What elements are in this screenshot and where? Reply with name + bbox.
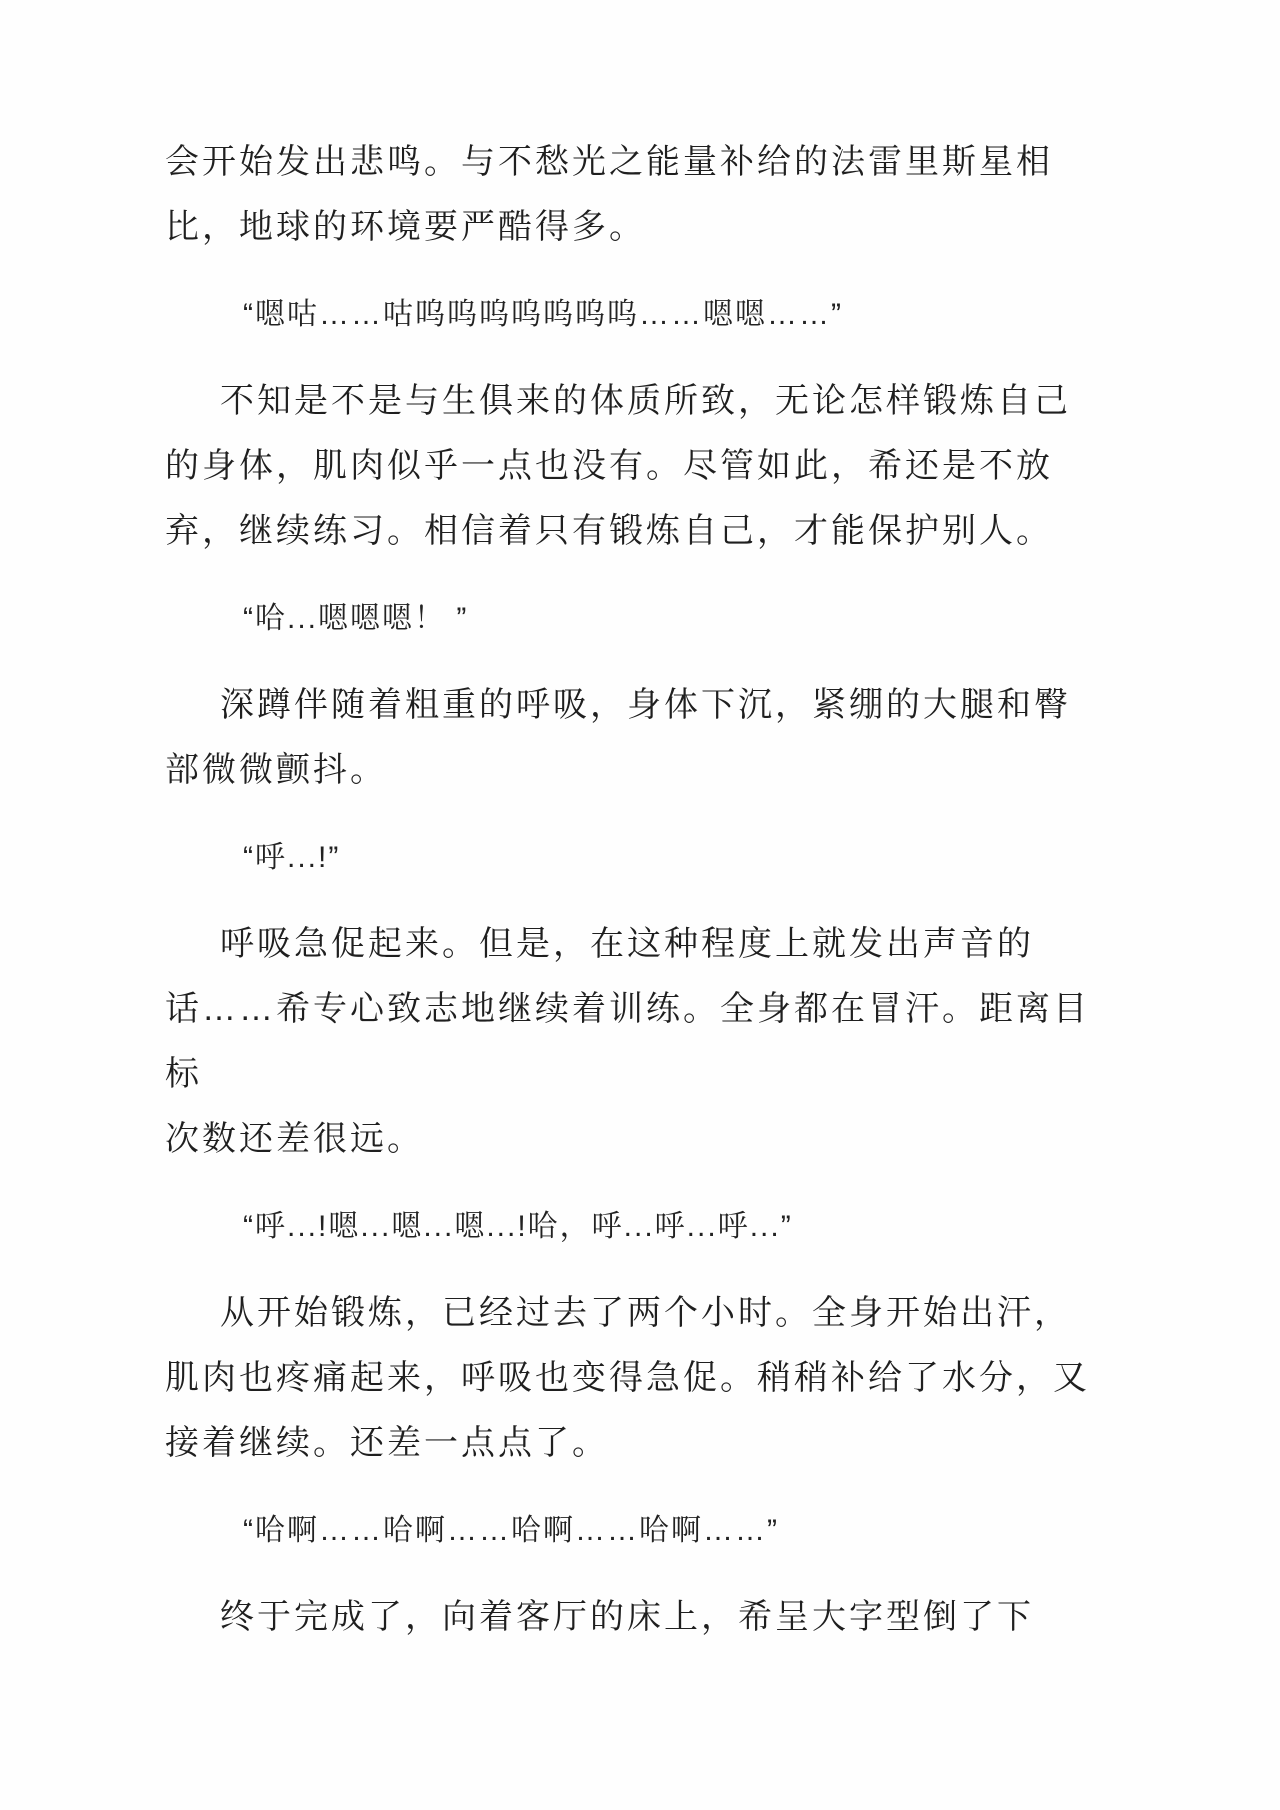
document-page: 会开始发出悲鸣。与不愁光之能量补给的法雷里斯星相比，地球的环境要严酷得多。“嗯咕… bbox=[0, 0, 1280, 1810]
text-line: 终于完成了，向着客厅的床上，希呈大字型倒了下 bbox=[220, 1598, 1034, 1636]
text-line: 呼吸急促起来。但是，在这种程度上就发出声音的 bbox=[220, 925, 1034, 963]
dialogue-line: “哈...嗯嗯嗯！ ” bbox=[165, 586, 1105, 651]
text-line: 比，地球的环境要严酷得多。 bbox=[165, 208, 646, 246]
text-line: 次数还差很远。 bbox=[165, 1120, 424, 1158]
dialogue-line: “嗯咕……咕呜呜呜呜呜呜呜……嗯嗯……” bbox=[165, 282, 1105, 347]
text-line: 接着继续。还差一点点了。 bbox=[165, 1424, 609, 1462]
text-line: 不知是不是与生俱来的体质所致，无论怎样锻炼自己 bbox=[220, 382, 1071, 420]
text-line: 弃，继续练习。相信着只有锻炼自己，才能保护别人。 bbox=[165, 512, 1053, 550]
dialogue-line: “呼...!” bbox=[165, 825, 1105, 890]
paragraph: 呼吸急促起来。但是，在这种程度上就发出声音的话……希专心致志地继续着训练。全身都… bbox=[165, 912, 1105, 1172]
text-line: 肌肉也疼痛起来，呼吸也变得急促。稍稍补给了水分，又 bbox=[165, 1359, 1090, 1397]
text-line: “哈啊……哈啊……哈啊……哈啊……” bbox=[243, 1514, 779, 1547]
dialogue-line: “哈啊……哈啊……哈啊……哈啊……” bbox=[165, 1498, 1105, 1563]
text-line: “呼...!嗯...嗯...嗯...!哈，呼...呼...呼...” bbox=[243, 1210, 793, 1243]
paragraph: 不知是不是与生俱来的体质所致，无论怎样锻炼自己的身体，肌肉似乎一点也没有。尽管如… bbox=[165, 369, 1105, 564]
paragraph: 从开始锻炼，已经过去了两个小时。全身开始出汗，肌肉也疼痛起来，呼吸也变得急促。稍… bbox=[165, 1281, 1105, 1476]
text-line: 的身体，肌肉似乎一点也没有。尽管如此，希还是不放 bbox=[165, 447, 1053, 485]
text-line: “哈...嗯嗯嗯！ ” bbox=[243, 602, 468, 635]
dialogue-line: “呼...!嗯...嗯...嗯...!哈，呼...呼...呼...” bbox=[165, 1194, 1105, 1259]
text-line: 深蹲伴随着粗重的呼吸，身体下沉，紧绷的大腿和臀 bbox=[220, 686, 1071, 724]
paragraph: 终于完成了，向着客厅的床上，希呈大字型倒了下 bbox=[165, 1585, 1105, 1650]
text-line: 从开始锻炼，已经过去了两个小时。全身开始出汗， bbox=[220, 1294, 1071, 1332]
text-line: 会开始发出悲鸣。与不愁光之能量补给的法雷里斯星相 bbox=[165, 143, 1053, 181]
text-line: 部微微颤抖。 bbox=[165, 751, 387, 789]
text-content: 会开始发出悲鸣。与不愁光之能量补给的法雷里斯星相比，地球的环境要严酷得多。“嗯咕… bbox=[165, 130, 1105, 1672]
text-line: “呼...!” bbox=[243, 841, 340, 874]
text-line: 话……希专心致志地继续着训练。全身都在冒汗。距离目标 bbox=[165, 990, 1090, 1093]
paragraph: 会开始发出悲鸣。与不愁光之能量补给的法雷里斯星相比，地球的环境要严酷得多。 bbox=[165, 130, 1105, 260]
text-line: “嗯咕……咕呜呜呜呜呜呜呜……嗯嗯……” bbox=[243, 298, 843, 331]
paragraph: 深蹲伴随着粗重的呼吸，身体下沉，紧绷的大腿和臀部微微颤抖。 bbox=[165, 673, 1105, 803]
